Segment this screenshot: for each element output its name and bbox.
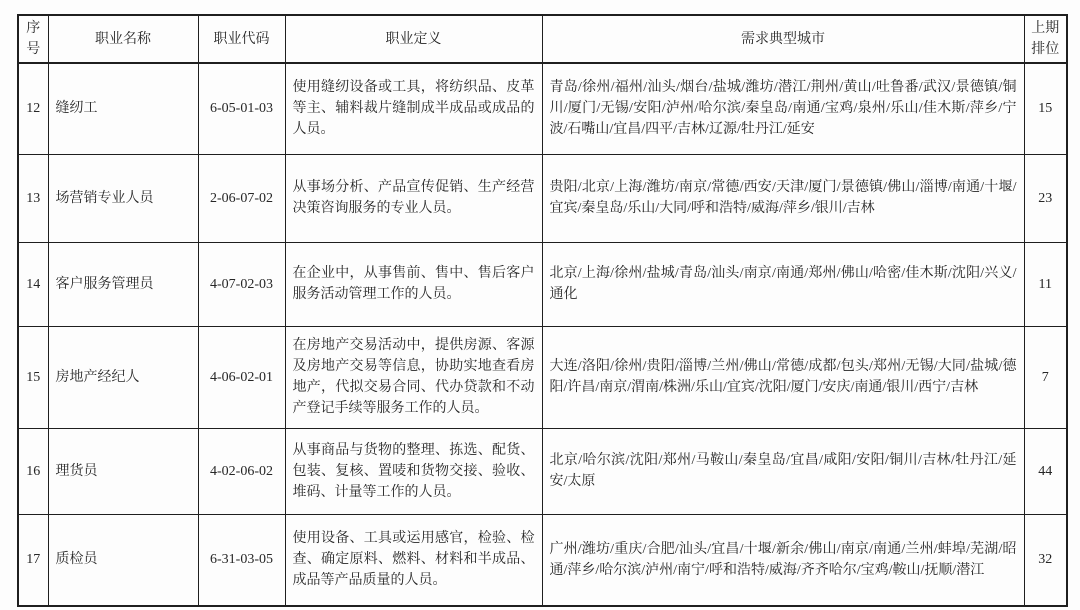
cell-definition: 从事场分析、产品宣传促销、生产经营决策咨询服务的专业人员。 [285, 154, 542, 242]
cell-occupation-name: 质检员 [48, 514, 198, 606]
cell-occupation-name: 缝纫工 [48, 63, 198, 154]
cell-no: 12 [18, 63, 48, 154]
cell-rank: 15 [1024, 63, 1067, 154]
cell-occupation-code: 2-06-07-02 [198, 154, 285, 242]
col-header-rank: 上期排位 [1024, 15, 1067, 63]
cell-rank: 23 [1024, 154, 1067, 242]
cell-cities: 大连/洛阳/徐州/贵阳/淄博/兰州/佛山/常德/成都/包头/郑州/无锡/大同/盐… [542, 326, 1024, 428]
col-header-name: 职业名称 [48, 15, 198, 63]
cell-rank: 44 [1024, 428, 1067, 514]
table-row: 14 客户服务管理员 4-07-02-03 在企业中，从事售前、售中、售后客户服… [18, 242, 1067, 326]
cell-no: 13 [18, 154, 48, 242]
cell-occupation-name: 客户服务管理员 [48, 242, 198, 326]
cell-occupation-code: 6-05-01-03 [198, 63, 285, 154]
cell-definition: 使用缝纫设备或工具，将纺织品、皮革等主、辅料裁片缝制成半成品或成品的人员。 [285, 63, 542, 154]
table-row: 16 理货员 4-02-06-02 从事商品与货物的整理、拣选、配货、包装、复核… [18, 428, 1067, 514]
cell-no: 16 [18, 428, 48, 514]
cell-definition: 在房地产交易活动中，提供房源、客源及房地产交易等信息，协助实地查看房地产，代拟交… [285, 326, 542, 428]
cell-cities: 贵阳/北京/上海/潍坊/南京/常德/西安/天津/厦门/景德镇/佛山/淄博/南通/… [542, 154, 1024, 242]
cell-cities: 青岛/徐州/福州/汕头/烟台/盐城/潍坊/潜江/荆州/黄山/吐鲁番/武汉/景德镇… [542, 63, 1024, 154]
cell-rank: 32 [1024, 514, 1067, 606]
cell-cities: 北京/上海/徐州/盐城/青岛/汕头/南京/南通/郑州/佛山/哈密/佳木斯/沈阳/… [542, 242, 1024, 326]
table-row: 17 质检员 6-31-03-05 使用设备、工具或运用感官，检验、检查、确定原… [18, 514, 1067, 606]
col-header-cities: 需求典型城市 [542, 15, 1024, 63]
cell-occupation-name: 场营销专业人员 [48, 154, 198, 242]
document-page: 序号 职业名称 职业代码 职业定义 需求典型城市 上期排位 12 缝纫工 6-0… [0, 0, 1080, 610]
cell-no: 14 [18, 242, 48, 326]
cell-rank: 7 [1024, 326, 1067, 428]
table-row: 15 房地产经纪人 4-06-02-01 在房地产交易活动中，提供房源、客源及房… [18, 326, 1067, 428]
cell-rank: 11 [1024, 242, 1067, 326]
cell-occupation-code: 4-02-06-02 [198, 428, 285, 514]
cell-definition: 从事商品与货物的整理、拣选、配货、包装、复核、置唛和货物交接、验收、堆码、计量等… [285, 428, 542, 514]
cell-occupation-code: 6-31-03-05 [198, 514, 285, 606]
col-header-definition: 职业定义 [285, 15, 542, 63]
cell-no: 17 [18, 514, 48, 606]
cell-occupation-code: 4-07-02-03 [198, 242, 285, 326]
cell-occupation-name: 房地产经纪人 [48, 326, 198, 428]
cell-definition: 在企业中，从事售前、售中、售后客户服务活动管理工作的人员。 [285, 242, 542, 326]
col-header-code: 职业代码 [198, 15, 285, 63]
cell-cities: 北京/哈尔滨/沈阳/郑州/马鞍山/秦皇岛/宜昌/咸阳/安阳/铜川/吉林/牡丹江/… [542, 428, 1024, 514]
table-row: 13 场营销专业人员 2-06-07-02 从事场分析、产品宣传促销、生产经营决… [18, 154, 1067, 242]
occupation-ranking-table: 序号 职业名称 职业代码 职业定义 需求典型城市 上期排位 12 缝纫工 6-0… [17, 14, 1068, 607]
header-row: 序号 职业名称 职业代码 职业定义 需求典型城市 上期排位 [18, 15, 1067, 63]
col-header-index: 序号 [18, 15, 48, 63]
cell-occupation-name: 理货员 [48, 428, 198, 514]
cell-definition: 使用设备、工具或运用感官，检验、检查、确定原料、燃料、材料和半成品、成品等产品质… [285, 514, 542, 606]
cell-cities: 广州/潍坊/重庆/合肥/汕头/宜昌/十堰/新余/佛山/南京/南通/兰州/蚌埠/芜… [542, 514, 1024, 606]
cell-occupation-code: 4-06-02-01 [198, 326, 285, 428]
cell-no: 15 [18, 326, 48, 428]
table-row: 12 缝纫工 6-05-01-03 使用缝纫设备或工具，将纺织品、皮革等主、辅料… [18, 63, 1067, 154]
